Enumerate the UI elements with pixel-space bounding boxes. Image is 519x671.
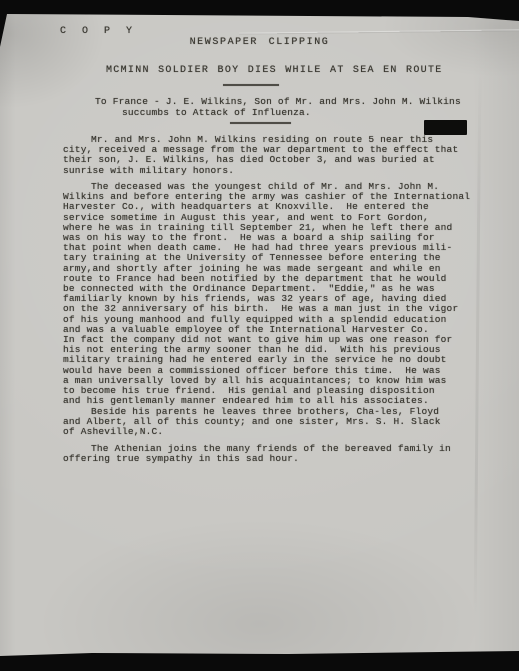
paragraph: Mr. and Mrs. John M. Wilkins residing on… <box>63 135 458 176</box>
text-line: offering true sympathy in this sad hour. <box>63 454 451 464</box>
paragraph: The Athenian joins the many friends of t… <box>63 444 451 464</box>
paragraph: Beside his parents he leaves three broth… <box>63 407 441 438</box>
paragraph: The deceased was the youngest child of M… <box>63 182 470 406</box>
document-page: C O P Y NEWSPAPER CLIPPING MCMINN SOLDIE… <box>0 0 519 671</box>
text-line: of Asheville,N.C. <box>63 427 441 437</box>
text-line: sunrise with military honors. <box>63 166 458 176</box>
text-line: and his gentlemanly manner endeared him … <box>63 396 470 406</box>
photographed-document: C O P Y NEWSPAPER CLIPPING MCMINN SOLDIE… <box>0 0 519 671</box>
article-body: Mr. and Mrs. John M. Wilkins residing on… <box>0 0 519 671</box>
